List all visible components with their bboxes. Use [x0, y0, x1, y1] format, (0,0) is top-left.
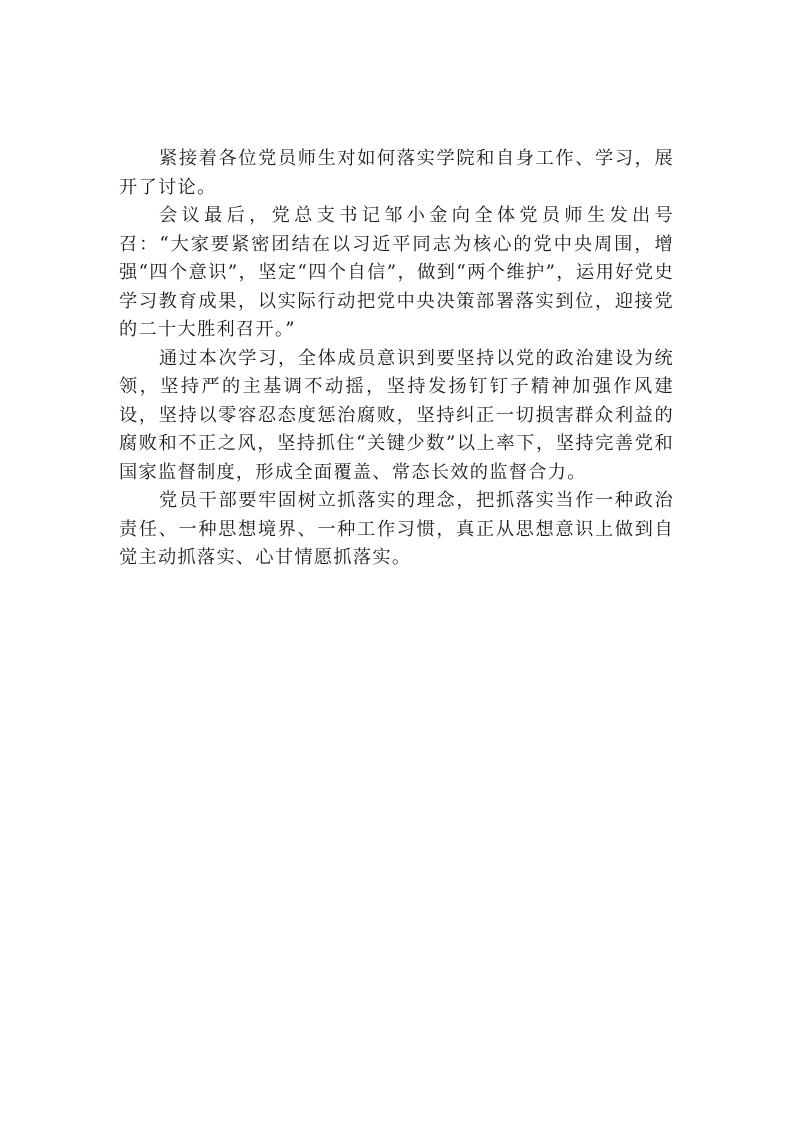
- document-body: 紧接着各位党员师生对如何落实学院和自身工作、学习，展开了讨论。 会议最后，党总支…: [119, 145, 674, 573]
- paragraph-meeting-call: 会议最后，党总支书记邹小金向全体党员师生发出号召：“大家要紧密团结在以习近平同志…: [119, 202, 674, 345]
- document-page: 紧接着各位党员师生对如何落实学院和自身工作、学习，展开了讨论。 会议最后，党总支…: [0, 0, 793, 1122]
- paragraph-study-outcome: 通过本次学习，全体成员意识到要坚持以党的政治建设为统领，坚持严的主基调不动摇，坚…: [119, 345, 674, 488]
- paragraph-implementation: 党员干部要牢固树立抓落实的理念，把抓落实当作一种政治责任、一种思想境界、一种工作…: [119, 487, 674, 573]
- paragraph-discussion: 紧接着各位党员师生对如何落实学院和自身工作、学习，展开了讨论。: [119, 145, 674, 202]
